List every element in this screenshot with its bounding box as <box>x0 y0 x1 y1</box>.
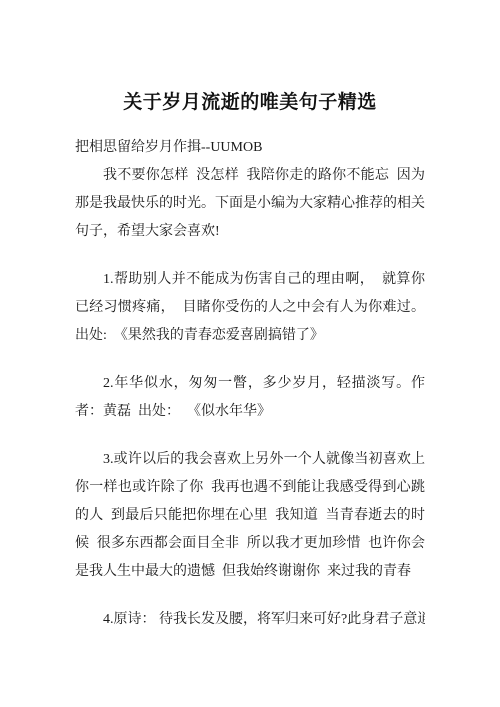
quote-paragraph-2: 2.年华似水，匆匆一瞥，多少岁月，轻描淡写。作者：黄磊 出处： 《似水年华》 <box>75 370 425 426</box>
intro-paragraph: 我不要你怎样 没怎样 我陪你走的路你不能忘 因为那是我最快乐的时光。下面是小编为… <box>75 162 425 246</box>
quote-paragraph-1: 1.帮助别人并不能成为伤害自己的理由啊， 就算你已经习惯疼痛， 目睹你受伤的人之… <box>75 266 425 350</box>
page-content: 关于岁月流逝的唯美句子精选 把相思留给岁月作揖--UUMOB 我不要你怎样 没怎… <box>0 0 500 707</box>
quote-paragraph-3: 3.或许以后的我会喜欢上另外一个人就像当初喜欢上你一样也或许除了你 我再也遇不到… <box>75 446 425 586</box>
document-body: 把相思留给岁月作揖--UUMOB 我不要你怎样 没怎样 我陪你走的路你不能忘 因… <box>75 134 425 634</box>
attribution-line: 把相思留给岁月作揖--UUMOB <box>75 134 425 162</box>
quote-paragraph-4-truncated: 4.原诗： 待我长发及腰，将军归来可好?此身君子意逍遥，怎 <box>75 606 425 634</box>
document-page: { "doc": { "title": "关于岁月流逝的唯美句子精选", "at… <box>0 0 500 707</box>
page-title: 关于岁月流逝的唯美句子精选 <box>75 88 425 118</box>
